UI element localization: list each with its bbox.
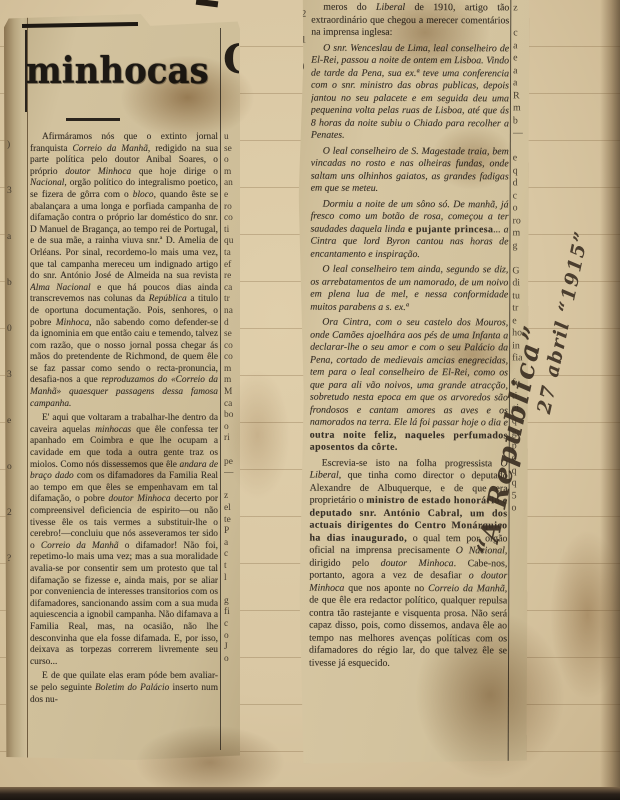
left-column-text: Afirmáramos nós que o extinto jornal fra… (30, 132, 218, 750)
torn-edge-fragments-right: u se o m an e ro co ti qu ta ef re ca tr… (224, 132, 239, 750)
torn-edge-fragments-top-left: 2 1 ) (301, 2, 311, 112)
torn-edge-fragments-left: ) 3 a b 0 3 e o 2 ? (7, 134, 25, 734)
paragraph: Dormiu a noite de um sôno só. De manhã, … (310, 198, 508, 261)
page-right-edge (600, 0, 620, 800)
paragraph: Afirmáramos nós que o extinto jornal fra… (30, 132, 218, 410)
torn-edge-fragments-right: z c a e a a R m b — e q d c o ro m g G d… (511, 2, 528, 754)
headline-box: As minhocas . . . (25, 30, 221, 112)
paragraph: O snr. Wenceslau de Lima, leal conselhei… (311, 42, 509, 143)
torn-paper-mark (196, 0, 219, 7)
headline: As minhocas . . . (25, 49, 221, 92)
paragraph: O leal conselheiro tem ainda, segundo se… (310, 264, 508, 315)
right-newspaper-clipping: 2 1 ) meros do Liberal de 1910, artigo t… (297, 0, 530, 764)
headline-divider-rule (66, 118, 120, 121)
scrapbook-page: { "page": { "headline": "As minhocas . .… (0, 0, 620, 800)
paragraph: E de que quilate elas eram póde bem aval… (30, 671, 218, 706)
headline-cut-letter: C (223, 36, 239, 106)
page-bottom-edge (0, 787, 620, 800)
paragraph: O leal conselheiro de S. Magestade traia… (311, 145, 509, 196)
column-rule (220, 28, 221, 750)
paragraph: E' aqui que voltaram a trabalhar-lhe den… (30, 413, 218, 668)
paragraph: Escrevia-se isto na folha progressista O… (309, 457, 508, 670)
left-newspaper-clipping: ) 3 a b 0 3 e o 2 ? As minhocas . . . C … (4, 14, 240, 760)
paragraph: Ora Cintra, com o seu castelo dos Mouros… (310, 317, 508, 455)
paragraph: meros do Liberal de 1910, artigo tão ext… (311, 2, 509, 40)
right-column-text: meros do Liberal de 1910, artigo tão ext… (309, 2, 510, 755)
headline-top-rule (22, 22, 138, 28)
